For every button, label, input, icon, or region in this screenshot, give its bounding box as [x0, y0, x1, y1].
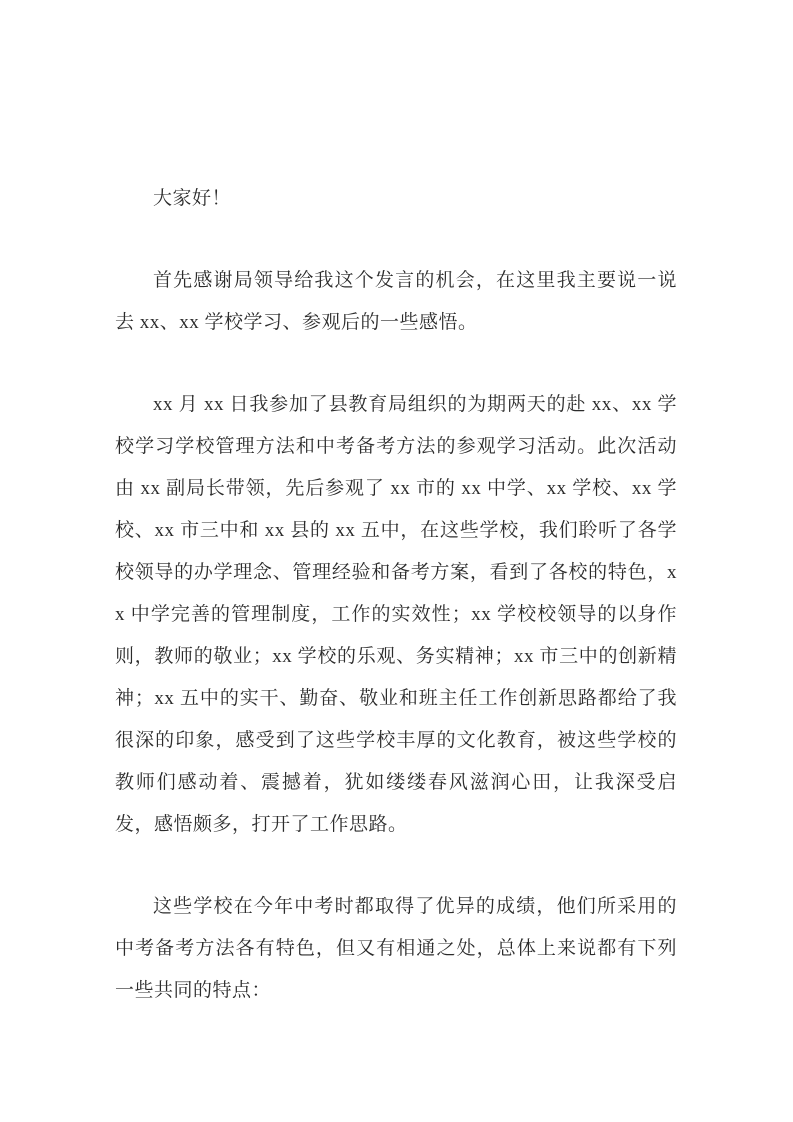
paragraph: xx 月 xx 日我参加了县教育局组织的为期两天的赴 xx、xx 学校学习学校管… — [115, 384, 677, 846]
paragraph: 这些学校在今年中考时都取得了优异的成绩，他们所采用的中考备考方法各有特色，但又有… — [115, 886, 677, 1012]
paragraph: 大家好！ — [115, 178, 677, 220]
text-body: 大家好！首先感谢局领导给我这个发言的机会，在这里我主要说一说去 xx、xx 学校… — [115, 178, 677, 1012]
document-page: 大家好！首先感谢局领导给我这个发言的机会，在这里我主要说一说去 xx、xx 学校… — [0, 0, 793, 1122]
paragraph: 首先感谢局领导给我这个发言的机会，在这里我主要说一说去 xx、xx 学校学习、参… — [115, 260, 677, 344]
paragraph-list: 大家好！首先感谢局领导给我这个发言的机会，在这里我主要说一说去 xx、xx 学校… — [115, 178, 677, 1012]
